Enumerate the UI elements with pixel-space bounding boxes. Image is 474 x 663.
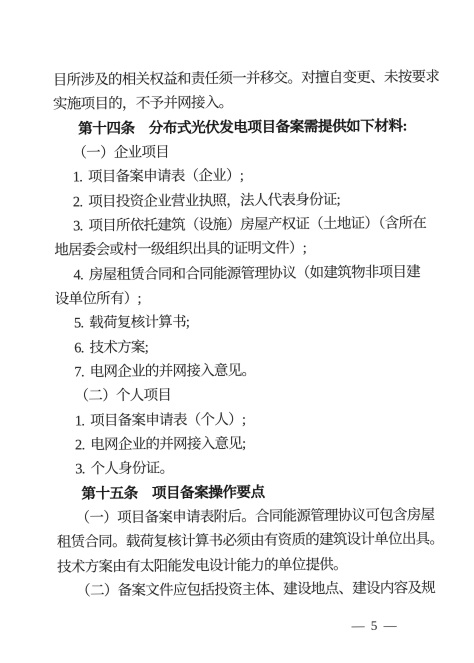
text-line: 第十五条 项目备案操作要点 [56, 479, 450, 507]
text-line: 5. 载荷复核计算书; [55, 308, 449, 336]
scanned-page-content: 目所涉及的相关权益和责任须一并移交。对擅自变更、未按要求实施项目的，不予并网接入… [0, 0, 474, 663]
text-line: 实施项目的，不予并网接入。 [53, 89, 447, 117]
text-line: 租赁合同。载荷复核计算书必须由有资质的建筑设计单位出具。 [57, 527, 451, 555]
text-line: 6. 技术方案; [55, 333, 449, 361]
text-line: 技术方案由有太阳能发电设计能力的单位提供。 [57, 552, 451, 580]
text-line: 3. 个人身份证。 [56, 454, 450, 482]
text-line: 地居委会或村一级组织出具的证明文件）; [54, 235, 448, 263]
text-line: 第十四条 分布式光伏发电项目备案需提供如下材料: [53, 114, 447, 142]
text-line: 2. 电网企业的并网接入意见; [56, 430, 450, 458]
text-line: （一）项目备案申请表附后。合同能源管理协议可包含房屋 [57, 503, 451, 531]
text-line: （二）备案文件应包括投资主体、建设地点、建设内容及规 [57, 576, 451, 604]
text-line: 2. 项目投资企业营业执照，法人代表身份证; [54, 187, 448, 215]
text-line: 3. 项目所依托建筑（设施）房屋产权证（土地证）（含所在 [54, 211, 448, 239]
document-page: 目所涉及的相关权益和责任须一并移交。对擅自变更、未按要求实施项目的，不予并网接入… [0, 0, 474, 663]
page-number: — 5 — [351, 614, 398, 638]
text-line: 1. 项目备案申请表（个人）; [56, 406, 450, 434]
text-line: 4. 房屋租赁合同和合同能源管理协议（如建筑物非项目建 [54, 260, 448, 288]
text-line: （二）个人项目 [55, 381, 449, 409]
text-line: 设单位所有）; [55, 284, 449, 312]
text-line: 目所涉及的相关权益和责任须一并移交。对擅自变更、未按要求 [53, 65, 447, 93]
text-block: 目所涉及的相关权益和责任须一并移交。对擅自变更、未按要求实施项目的，不予并网接入… [53, 65, 452, 604]
text-line: 1. 项目备案申请表（企业）; [54, 162, 448, 190]
text-line: 7. 电网企业的并网接入意见。 [55, 357, 449, 385]
text-line: （一）企业项目 [53, 138, 447, 166]
